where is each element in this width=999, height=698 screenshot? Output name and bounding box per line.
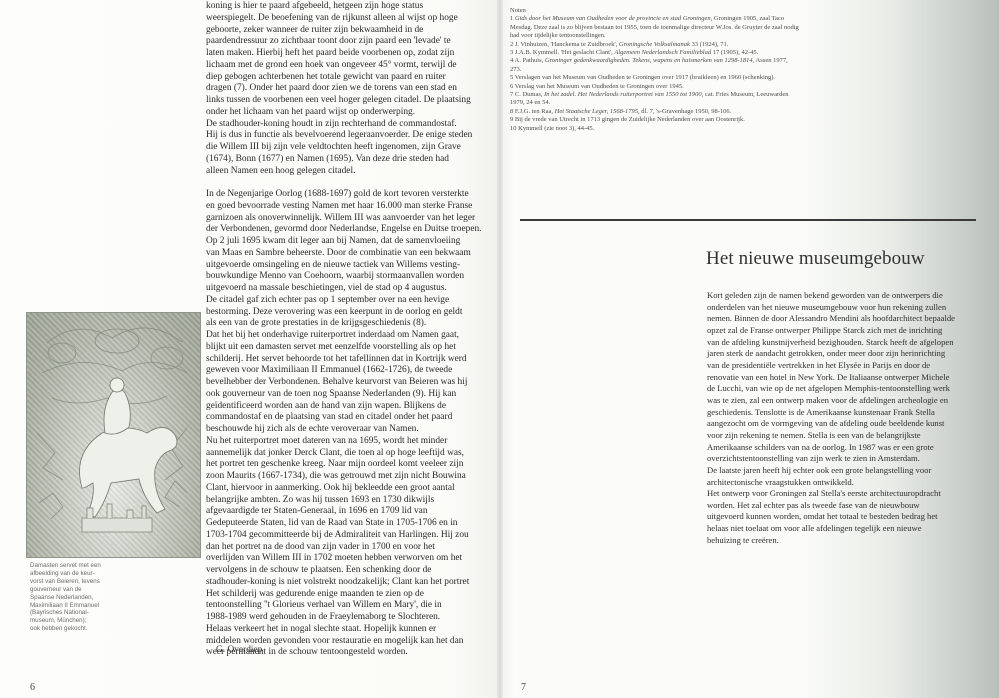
- text-line: uitgevoerd na massale beschietingen, vie…: [206, 283, 496, 295]
- text-line: architectonische vraagstukken ontwikkeld…: [707, 477, 992, 489]
- text-line: die Willem III bij zijn vele veldtochten…: [206, 142, 496, 154]
- text-line: was te zien, zal een ontwerp maken voor …: [707, 395, 992, 407]
- text-line: tentoonstelling ''t Glorieus verhael van…: [206, 600, 496, 612]
- section-divider-rule: [520, 219, 976, 221]
- book-gutter: [497, 0, 503, 698]
- text-line: (1674), Bonn (1677) en Namen (1695). Van…: [206, 154, 496, 166]
- footnote-item: 10 Kymmell (zie noot 3), 44-45.: [510, 125, 800, 133]
- text-line: Clant, hiervoor in aanmerking. Ook hij b…: [206, 483, 496, 495]
- footnote-item: 7 C. Dumas, In het zadel. Het Nederlands…: [510, 91, 800, 108]
- text-line: geboorte, zeker wanneer de ruiter zijn b…: [206, 25, 496, 37]
- text-line: weerspiegelt. De beoefening van de rijku…: [206, 13, 496, 25]
- text-line: koning is hier te paard afgebeeld, hetge…: [206, 1, 496, 13]
- text-line: Op 2 juli 1695 kwam dit leger aan bij Na…: [206, 236, 496, 248]
- text-line: garnizoen als onoverwinnelijk. Willem II…: [206, 213, 496, 225]
- text-line: De stadhouder-koning houdt in zijn recht…: [206, 119, 496, 131]
- text-line: ook gouverneur van de toen nog Spaanse N…: [206, 389, 496, 401]
- text-line: uitgevoerd kunnen worden, omdat het tota…: [707, 511, 992, 523]
- text-line: beschouwde hij zich als de echte verover…: [206, 424, 496, 436]
- text-line: der Verbondenen, gevormd door Nederlands…: [206, 224, 496, 236]
- text-line: blijkt uit een damasten servet met eenze…: [206, 342, 496, 354]
- text-line: De laatste jaren heeft hij echter ook ee…: [707, 465, 992, 477]
- text-line: helaas niet toelaat om voor alle afdelin…: [707, 523, 992, 535]
- caption-line: gouverneur van de: [30, 586, 106, 594]
- footnote-item: 5 Verslagen van het Museum van Oudheden …: [510, 74, 800, 82]
- text-line: Amerikaanse schilders van na de oorlog. …: [707, 442, 992, 454]
- text-line: bevelhebber der Verbondenen. Behalve keu…: [206, 377, 496, 389]
- left-main-column: koning is hier te paard afgebeeld, hetge…: [206, 1, 496, 659]
- text-line: renovatie van een hotel in New York. De …: [707, 372, 992, 384]
- footnote-item: 9 Bij de vrede van Utrecht in 1713 ginge…: [510, 116, 800, 124]
- footnotes-title: Noten: [510, 7, 800, 15]
- text-line: 1703-1704 gecommitteerde bij de Admirali…: [206, 530, 496, 542]
- text-line: dragen (7). Onder het paard door zien we…: [206, 83, 496, 95]
- caption-line: vorst van Beieren, tevens: [30, 578, 106, 586]
- text-line: links tussen de voorbenen een veel hoger…: [206, 95, 496, 107]
- caption-line: Maximiliaan II Emmanuel: [30, 602, 106, 610]
- footnote-item: 1 Gids door het Museum van Oudheden voor…: [510, 15, 800, 40]
- text-line: Helaas verkeert het in nogal slechte sta…: [206, 624, 496, 636]
- text-line: In de Negenjarige Oorlog (1688-1697) gol…: [206, 189, 496, 201]
- text-line: belangrijke ambten. Zo was hij tussen 16…: [206, 495, 496, 507]
- text-line: en goed bevoorrade vesting Namen met haa…: [206, 201, 496, 213]
- text-line: aannemelijk dat jonker Derck Clant, die …: [206, 448, 496, 460]
- section-heading: Het nieuwe museumgebouw: [706, 248, 925, 270]
- author-signature: G. Overdiep: [216, 645, 262, 655]
- text-line: Nu het ruiterportret moet dateren van na…: [206, 436, 496, 448]
- text-line: het portret ten geschenke kreeg. Naar mi…: [206, 459, 496, 471]
- caption-line: museum, München);: [30, 617, 106, 625]
- text-line: van de afdeling kunstnijverheid bezighou…: [707, 337, 992, 349]
- text-line: voor zijn rekening te nemen. Stella is e…: [707, 430, 992, 442]
- body-paragraph: Kort geleden zijn de namen bekend geword…: [707, 290, 992, 546]
- text-line: jaren sterk de aandacht getrokken, onder…: [707, 348, 992, 360]
- text-line: De citadel gaf zich echter pas op 1 sept…: [206, 295, 496, 307]
- text-line: afgevaardigde ter Staten-Generaal, in 16…: [206, 506, 496, 518]
- text-line: Dat het bij het onderhavige ruiterportre…: [206, 330, 496, 342]
- text-line: geschiedenis. Tenslotte is de Amerikaans…: [707, 407, 992, 419]
- text-line: onderdelen van het nieuwe museumgebouw v…: [707, 302, 992, 314]
- footnotes: Noten 1 Gids door het Museum van Oudhede…: [510, 7, 800, 133]
- equestrian-portrait-image: [27, 313, 202, 559]
- text-line: geïdentificeerd worden aan de hand van z…: [206, 401, 496, 413]
- text-line: overlijden van Willem III in 1702 moeten…: [206, 553, 496, 565]
- caption-line: ook hebben gekocht.: [30, 625, 106, 633]
- text-line: van de presidentiële vertrekken in het E…: [707, 360, 992, 372]
- text-line: zoon Maurits (1667-1734), die was getrou…: [206, 471, 496, 483]
- text-line: geweven voor Maximiliaan II Emmanuel (16…: [206, 365, 496, 377]
- text-line: Kort geleden zijn de namen bekend geword…: [707, 290, 992, 302]
- body-paragraph: koning is hier te paard afgebeeld, hetge…: [206, 1, 496, 177]
- footnote-item: 4 A. Pathuis, Groninger gedenkwaardighed…: [510, 57, 800, 74]
- text-line: onder het lichaam van het paard wijst op…: [206, 107, 496, 119]
- text-line: laten maken. Hierbij heft het paard beid…: [206, 48, 496, 60]
- text-line: uitgevoerde omsingeling en de nieuwe tac…: [206, 260, 496, 272]
- text-line: Het ontwerp voor Groningen zal Stella's …: [707, 488, 992, 500]
- text-line: Hij is dus in functie als bevelvoerend l…: [206, 130, 496, 142]
- text-line: bestorming. Deze verovering was een keer…: [206, 307, 496, 319]
- text-line: dan het portret na de dood van zijn vade…: [206, 542, 496, 554]
- caption-line: Spaanse Nederlanden,: [30, 594, 106, 602]
- caption-line: afbeelding van de keur-: [30, 570, 106, 578]
- text-line: paardendressuur zo zichtbaar toont door …: [206, 36, 496, 48]
- text-line: Gedeputeerde Staten, lid van de Raad van…: [206, 518, 496, 530]
- text-line: schilderij. Het servet behoorde tot het …: [206, 354, 496, 366]
- figure-caption: Damasten servet met een afbeelding van d…: [30, 562, 106, 633]
- text-line: lichaam met de grond een hoek van ongeve…: [206, 60, 496, 72]
- footnote-item: 6 Verslag van het Museum van Oudheden te…: [510, 83, 800, 91]
- footnote-item: 2 J. Vinhuizen, 'Hanckema te Zuidbroek',…: [510, 41, 800, 49]
- text-line: stadhouder-koning is niet volstrekt nood…: [206, 577, 496, 589]
- paragraph-gap: [206, 177, 496, 189]
- page-number-left: 6: [30, 682, 35, 693]
- caption-line: Damasten servet met een: [30, 562, 106, 570]
- text-line: bouwkundige Menno van Coehoorn, waarbij …: [206, 271, 496, 283]
- text-line: opzet zal de Franse ontwerper Philippe S…: [707, 325, 992, 337]
- text-line: commandostaf en de plaatsing van stad en…: [206, 412, 496, 424]
- text-line: nemen. Binnen de door Alessandro Mendini…: [707, 313, 992, 325]
- footnote-item: 8 F.J.G. ten Raa, Het Staatsche Leger, 1…: [510, 108, 800, 116]
- text-line: behuizing te creëren.: [707, 535, 992, 547]
- text-line: alleen Namen een hoog gelegen citadel.: [206, 166, 496, 178]
- text-line: van Maas en Sambre beheerste. Door de co…: [206, 248, 496, 260]
- text-line: 1988-1989 werd gehouden in de Fraeylemab…: [206, 612, 496, 624]
- text-line: de Lucchi, van wie op de net afgelopen M…: [707, 383, 992, 395]
- text-line: Het schilderij was gedurende enige maand…: [206, 589, 496, 601]
- text-line: worden. Het zal echter pas als tweede fa…: [707, 500, 992, 512]
- text-line: overzichtstentoonstelling van zijn werk …: [707, 453, 992, 465]
- page-number-right: 7: [521, 682, 526, 693]
- footnotes-list: 1 Gids door het Museum van Oudheden voor…: [510, 15, 800, 133]
- book-spread: Damasten servet met een afbeelding van d…: [0, 0, 999, 698]
- text-line: als een van de grote prestaties in de kr…: [206, 318, 496, 330]
- body-paragraph: In de Negenjarige Oorlog (1688-1697) gol…: [206, 189, 496, 659]
- text-line: vervolgens in de schouw te plaatsen. Een…: [206, 565, 496, 577]
- right-main-column: Kort geleden zijn de namen bekend geword…: [707, 290, 992, 546]
- caption-line: (Bayrisches National-: [30, 609, 106, 617]
- text-line: diep gebogen achterbenen het totale gewi…: [206, 72, 496, 84]
- damask-napkin-figure: [26, 312, 201, 558]
- text-line: aangezocht om de vormgeving van de afdel…: [707, 418, 992, 430]
- footnote-item: 3 J.A.B. Kymmell. 'Het geslacht Clant', …: [510, 49, 800, 57]
